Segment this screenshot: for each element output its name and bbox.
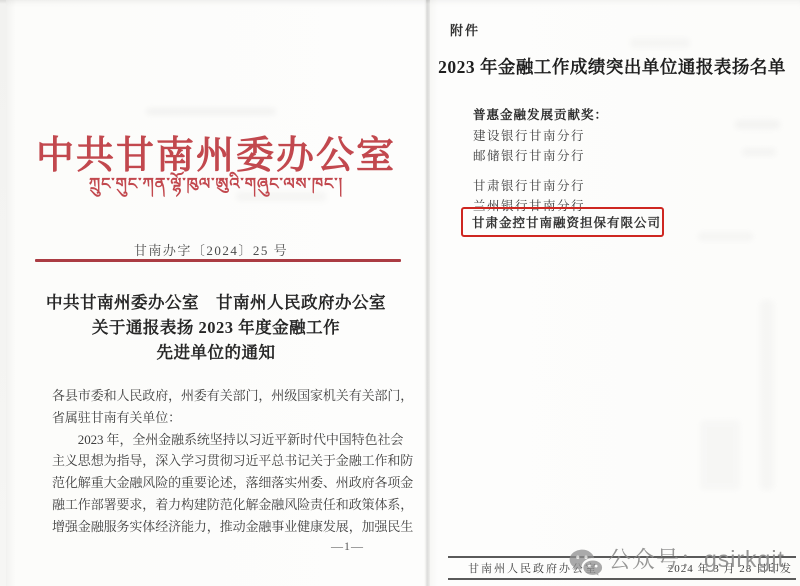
notice-title-line: 先进单位的通知 [6, 340, 426, 365]
scan-smudge [146, 108, 276, 115]
body-line: 省属驻甘南有关单位： [52, 407, 413, 429]
awarded-unit: 建设银行甘南分行 [473, 126, 585, 144]
scan-smudge [698, 232, 753, 241]
page-number: —1— [331, 539, 364, 554]
body-line: 范化解重大金融风险的重要论述，落细落实州委、州政府各项金 [52, 472, 413, 494]
scan-bleedthrough-column [760, 300, 774, 490]
highlighted-unit-box: 甘肃金控甘南融资担保有限公司 [461, 207, 664, 237]
body-line: 各县市委和人民政府，州委有关部门，州级国家机关有关部门， [52, 385, 413, 407]
watermark-text: 公众号：gsirkgjt [608, 541, 785, 574]
attachment-page: 附件 2023 年金融工作成绩突出单位通报表扬名单 普惠金融发展贡献奖： 建设银… [430, 0, 800, 586]
awarded-unit: 甘肃银行甘南分行 [473, 176, 585, 194]
body-line: 主义思想为指导，深入学习贯彻习近平总书记关于金融工作和防 [52, 450, 413, 472]
notice-title-line: 关于通报表扬 2023 年度金融工作 [6, 315, 426, 340]
body-line: 增强金融服务实体经济能力，推动金融事业健康发展，加强民生 [52, 516, 413, 538]
document-number: 甘南办字〔2024〕25 号 [6, 240, 416, 259]
red-divider-rule [35, 259, 401, 262]
notice-title-line: 中共甘南州委办公室 甘南州人民政府办公室 [6, 290, 426, 315]
body-line: 融工作部署要求，着力构建防范化解金融风险责任和政策体系， [52, 494, 413, 516]
notice-page: 中共甘南州委办公室 ཀྲུང་གུང་ཀན་ལྷོ་ཁུལ་ཨུའི་གཞུང་… [6, 0, 426, 586]
body-line: 2023 年，全州金融系统坚持以习近平新时代中国特色社会 [52, 429, 413, 451]
scan-smudge [735, 120, 780, 129]
wechat-icon [568, 548, 608, 580]
scan-smudge [630, 38, 690, 48]
scan-smudge [742, 148, 776, 156]
attachment-label: 附件 [450, 20, 480, 39]
awarded-unit: 邮储银行甘南分行 [473, 146, 585, 164]
wechat-watermark: 公众号：gsirkgjt [568, 541, 785, 580]
document-scan: 中共甘南州委办公室 ཀྲུང་གུང་ཀན་ལྷོ་ཁུལ་ཨུའི་གཞུང་… [0, 0, 800, 586]
award-category-heading: 普惠金融发展贡献奖： [473, 105, 608, 123]
letterhead-tibetan-title: ཀྲུང་གུང་ཀན་ལྷོ་ཁུལ་ཨུའི་གཞུང་ལས་ཁང་། [6, 166, 426, 211]
notice-title: 中共甘南州委办公室 甘南州人民政府办公室 关于通报表扬 2023 年度金融工作 … [6, 290, 426, 365]
notice-body: 各县市委和人民政府，州委有关部门，州级国家机关有关部门， 省属驻甘南有关单位： … [52, 385, 413, 538]
scan-smudge [700, 420, 740, 490]
list-title: 2023 年金融工作成绩突出单位通报表扬名单 [430, 54, 794, 79]
awarded-unit-highlighted: 甘肃金控甘南融资担保有限公司 [463, 213, 661, 231]
